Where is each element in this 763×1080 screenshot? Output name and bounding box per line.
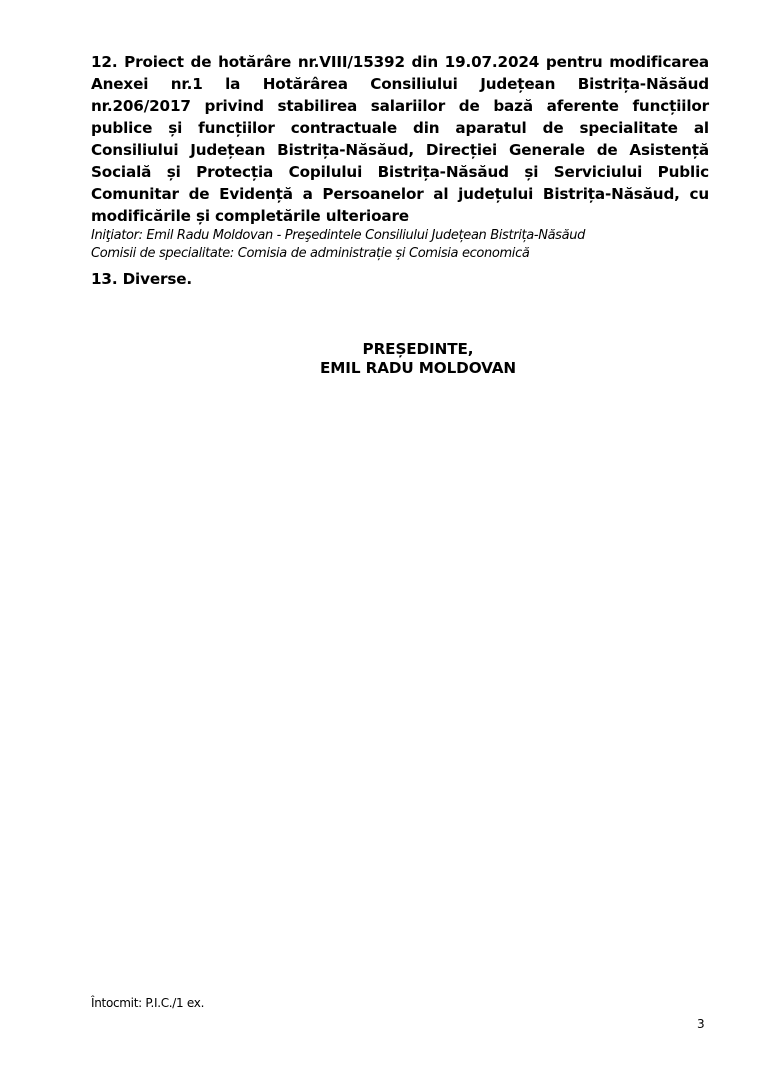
page-number: 3 [697,1016,705,1032]
signature-role: PREȘEDINTE, [0,340,763,359]
agenda-item-13: 13. Diverse. [91,268,709,290]
agenda-item-initiator: Iniţiator: Emil Radu Moldovan - Preşedin… [91,227,709,245]
agenda-item-title: 13. Diverse. [91,268,709,290]
signature-name: EMIL RADU MOLDOVAN [0,359,763,378]
agenda-item-committees: Comisii de specialitate: Comisia de admi… [91,245,709,263]
document-page: 12. Proiect de hotărâre nr.VIII/15392 di… [0,0,763,1080]
signature-block: PREȘEDINTE, EMIL RADU MOLDOVAN [0,340,763,378]
prepared-by-note: Întocmit: P.I.C./1 ex. [91,995,204,1011]
agenda-item-title: 12. Proiect de hotărâre nr.VIII/15392 di… [91,51,709,227]
agenda-item-12: 12. Proiect de hotărâre nr.VIII/15392 di… [91,51,709,263]
